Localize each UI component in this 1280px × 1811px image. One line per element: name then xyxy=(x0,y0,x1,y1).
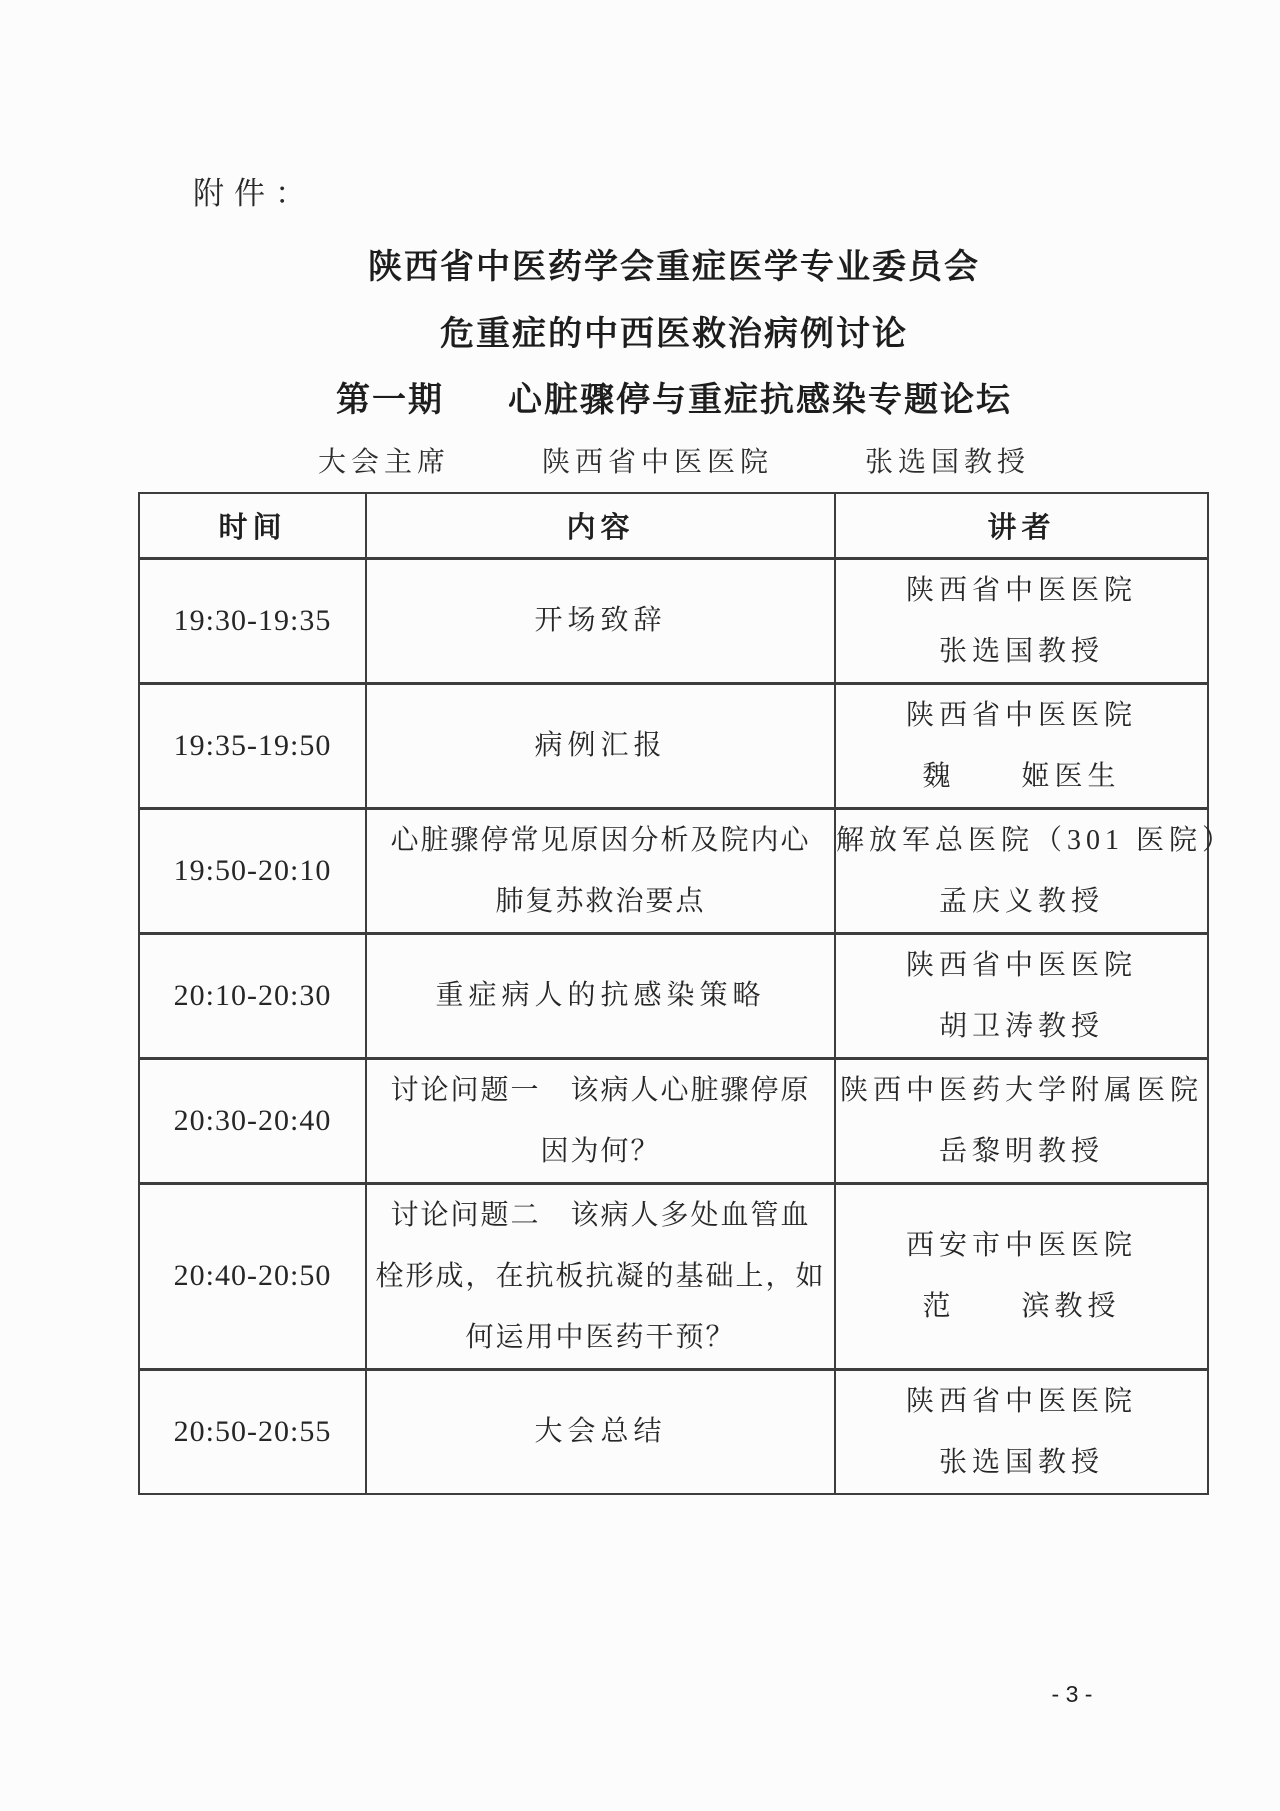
content-line: 开场致辞 xyxy=(367,590,834,651)
table-row: 20:50-20:55 大会总结 陕西省中医医院 张选国教授 xyxy=(139,1369,1208,1494)
title-committee: 陕西省中医药学会重症医学专业委员会 xyxy=(140,239,1208,288)
speaker-name: 孟庆义教授 xyxy=(836,871,1207,932)
col-header-speaker: 讲者 xyxy=(835,493,1208,558)
chair-org: 陕西省中医医院 xyxy=(542,440,773,480)
chair-role: 大会主席 xyxy=(318,440,450,480)
time-cell: 19:30-19:35 xyxy=(139,558,366,683)
speaker-cell: 陕西中医药大学附属医院 岳黎明教授 xyxy=(835,1058,1208,1183)
time-cell: 20:10-20:30 xyxy=(139,933,366,1058)
content-line: 栓形成，在抗板抗凝的基础上，如 xyxy=(367,1246,834,1307)
speaker-name: 魏 姬医生 xyxy=(836,746,1207,807)
speaker-org: 陕西省中医医院 xyxy=(836,935,1207,996)
content-line: 讨论问题一 该病人心脏骤停原 xyxy=(367,1060,834,1121)
title-topic: 危重症的中西医救治病例讨论 xyxy=(140,306,1208,355)
speaker-name: 范 滨教授 xyxy=(836,1276,1207,1337)
page-number: - 3 - xyxy=(1040,1681,1104,1708)
time-cell: 19:35-19:50 xyxy=(139,683,366,808)
time-cell: 19:50-20:10 xyxy=(139,808,366,933)
speaker-org: 陕西省中医医院 xyxy=(836,1371,1207,1432)
chair-name: 张选国教授 xyxy=(865,440,1030,480)
speaker-cell: 西安市中医医院 范 滨教授 xyxy=(835,1183,1208,1369)
content-line: 重症病人的抗感染策略 xyxy=(367,965,834,1026)
content-cell: 讨论问题一 该病人心脏骤停原 因为何？ xyxy=(366,1058,835,1183)
speaker-name: 张选国教授 xyxy=(836,621,1207,682)
table-row: 19:50-20:10 心脏骤停常见原因分析及院内心 肺复苏救治要点 解放军总医… xyxy=(139,808,1208,933)
col-header-content: 内容 xyxy=(366,493,835,558)
speaker-cell: 解放军总医院（301 医院） 孟庆义教授 xyxy=(835,808,1208,933)
session-name: 心脏骤停与重症抗感染专题论坛 xyxy=(508,372,1012,421)
content-cell: 大会总结 xyxy=(366,1369,835,1494)
speaker-name: 胡卫涛教授 xyxy=(836,996,1207,1057)
content-line: 讨论问题二 该病人多处血管血 xyxy=(367,1185,834,1246)
content-line: 心脏骤停常见原因分析及院内心 xyxy=(367,810,834,871)
session-number: 第一期 xyxy=(336,372,444,421)
attachment-label: 附件： xyxy=(193,168,316,213)
table-row: 19:30-19:35 开场致辞 陕西省中医医院 张选国教授 xyxy=(139,558,1208,683)
table-header-row: 时间 内容 讲者 xyxy=(139,493,1208,558)
content-line: 肺复苏救治要点 xyxy=(367,871,834,932)
speaker-cell: 陕西省中医医院 张选国教授 xyxy=(835,558,1208,683)
speaker-name: 岳黎明教授 xyxy=(836,1121,1207,1182)
table-row: 20:30-20:40 讨论问题一 该病人心脏骤停原 因为何？ 陕西中医药大学附… xyxy=(139,1058,1208,1183)
content-line: 因为何？ xyxy=(367,1121,834,1182)
title-session: 第一期 心脏骤停与重症抗感染专题论坛 xyxy=(140,372,1208,421)
content-cell: 讨论问题二 该病人多处血管血 栓形成，在抗板抗凝的基础上，如 何运用中医药干预？ xyxy=(366,1183,835,1369)
agenda-table: 时间 内容 讲者 19:30-19:35 开场致辞 陕西省中医医院 张选国教授 … xyxy=(138,492,1209,1495)
table-row: 20:40-20:50 讨论问题二 该病人多处血管血 栓形成，在抗板抗凝的基础上… xyxy=(139,1183,1208,1369)
speaker-org: 陕西中医药大学附属医院 xyxy=(836,1060,1207,1121)
speaker-org: 西安市中医医院 xyxy=(836,1215,1207,1276)
speaker-org: 陕西省中医医院 xyxy=(836,560,1207,621)
col-header-time: 时间 xyxy=(139,493,366,558)
document-page: 附件： 陕西省中医药学会重症医学专业委员会 危重症的中西医救治病例讨论 第一期 … xyxy=(0,0,1280,1811)
content-line: 何运用中医药干预？ xyxy=(367,1307,834,1368)
table-row: 20:10-20:30 重症病人的抗感染策略 陕西省中医医院 胡卫涛教授 xyxy=(139,933,1208,1058)
speaker-cell: 陕西省中医医院 张选国教授 xyxy=(835,1369,1208,1494)
content-line: 病例汇报 xyxy=(367,715,834,776)
chair-line: 大会主席 陕西省中医医院 张选国教授 xyxy=(140,440,1208,480)
time-cell: 20:40-20:50 xyxy=(139,1183,366,1369)
content-cell: 重症病人的抗感染策略 xyxy=(366,933,835,1058)
content-cell: 病例汇报 xyxy=(366,683,835,808)
content-line: 大会总结 xyxy=(367,1401,834,1462)
speaker-cell: 陕西省中医医院 胡卫涛教授 xyxy=(835,933,1208,1058)
speaker-org: 陕西省中医医院 xyxy=(836,685,1207,746)
speaker-name: 张选国教授 xyxy=(836,1432,1207,1493)
content-cell: 开场致辞 xyxy=(366,558,835,683)
time-cell: 20:50-20:55 xyxy=(139,1369,366,1494)
table-row: 19:35-19:50 病例汇报 陕西省中医医院 魏 姬医生 xyxy=(139,683,1208,808)
time-cell: 20:30-20:40 xyxy=(139,1058,366,1183)
speaker-cell: 陕西省中医医院 魏 姬医生 xyxy=(835,683,1208,808)
content-cell: 心脏骤停常见原因分析及院内心 肺复苏救治要点 xyxy=(366,808,835,933)
speaker-org: 解放军总医院（301 医院） xyxy=(836,810,1207,871)
